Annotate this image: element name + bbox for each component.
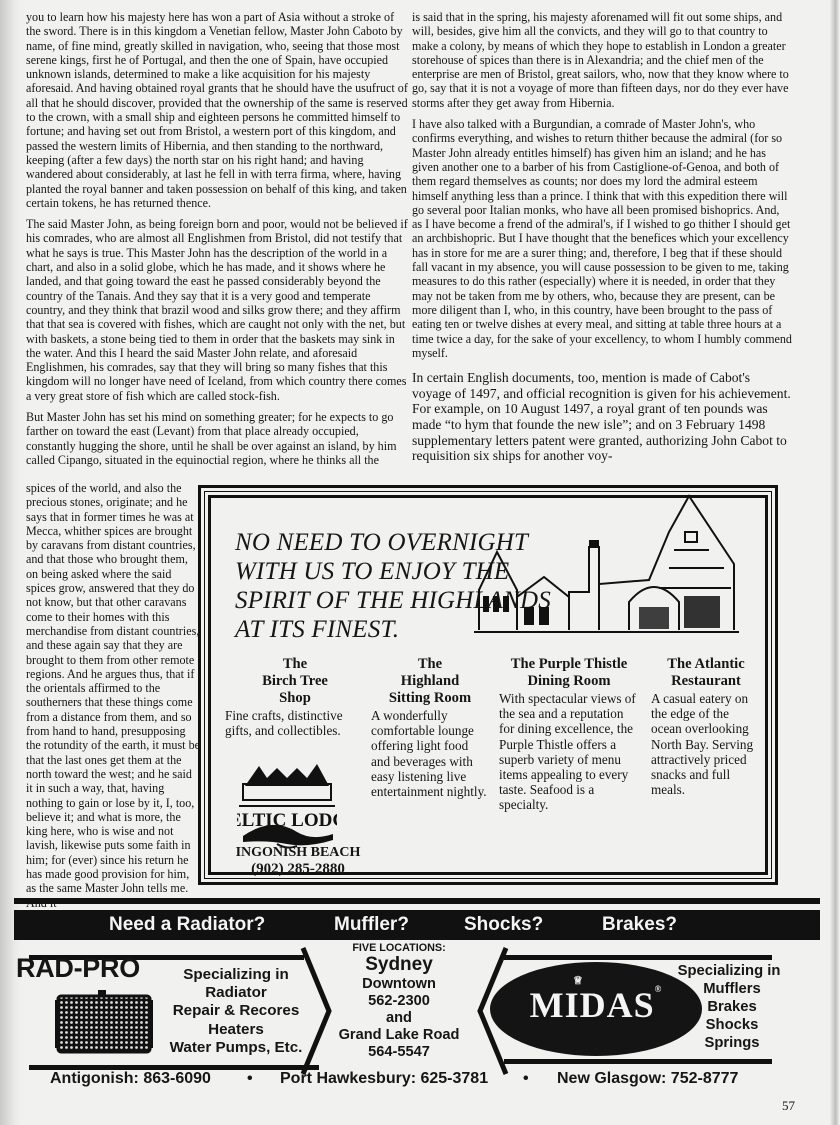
bullet-separator: •	[247, 1069, 253, 1089]
banner-text: Muffler?	[334, 910, 409, 940]
venue-birch-tree-shop: The Birch Tree Shop Fine crafts, distinc…	[225, 656, 365, 738]
venue-title: The Highland Sitting Room	[371, 656, 489, 707]
article-right-column: is said that in the spring, his majesty …	[412, 10, 792, 471]
article-paragraph: spices of the world, and also the precio…	[26, 481, 200, 910]
lodge-phone: (902) 285-2880	[223, 861, 373, 878]
service-line: Specializing in	[156, 966, 316, 984]
venue-title-line: Highland	[371, 673, 489, 690]
venue-title: The Birch Tree Shop	[225, 656, 365, 707]
sydney-locations: FIVE LOCATIONS: Sydney Downtown 562-2300…	[319, 942, 479, 1061]
divider	[504, 1059, 772, 1064]
article-left-column: you to learn how his majesty here has wo…	[26, 10, 411, 467]
venue-description: A wonderfully comfortable lounge offerin…	[371, 708, 489, 799]
lodge-contact: INGONISH BEACH (902) 285-2880	[223, 844, 373, 878]
divider	[504, 955, 772, 960]
ad-banner: Need a Radiator? Muffler? Shocks? Brakes…	[14, 910, 820, 940]
auto-repair-advertisement: Need a Radiator? Muffler? Shocks? Brakes…	[14, 898, 820, 1093]
venue-title: The Purple Thistle Dining Room	[499, 656, 639, 690]
registered-mark: ®	[655, 984, 663, 994]
banner-text: Brakes?	[602, 910, 677, 940]
keltic-lodge-advertisement: NO NEED TO OVERNIGHT WITH US TO ENJOY TH…	[198, 485, 778, 885]
venue-title-line: Dining Room	[499, 673, 639, 690]
location-line: Downtown	[319, 976, 479, 993]
midas-wordmark: MIDAS®	[490, 984, 702, 1026]
venue-title-line: The	[371, 656, 489, 673]
banner-text: Need a Radiator?	[109, 910, 265, 940]
article-paragraph: The said Master John, as being foreign b…	[26, 217, 411, 403]
location-antigonish: Antigonish: 863-6090	[50, 1069, 211, 1089]
venue-title: The Atlantic Restaurant	[651, 656, 761, 690]
venue-atlantic-restaurant: The Atlantic Restaurant A casual eatery …	[651, 656, 761, 797]
location-port-hawkesbury: Port Hawkesbury: 625-3781	[280, 1069, 488, 1089]
location-line: Grand Lake Road	[319, 1027, 479, 1044]
lodge-location: INGONISH BEACH	[223, 844, 373, 861]
service-line: Brakes	[674, 998, 790, 1016]
venue-title-line: Restaurant	[651, 673, 761, 690]
service-line: Springs	[674, 1034, 790, 1052]
venue-highland-sitting-room: The Highland Sitting Room A wonderfully …	[371, 656, 489, 799]
location-line: 564-5547	[319, 1044, 479, 1061]
locations-header: FIVE LOCATIONS:	[319, 942, 479, 954]
locations-city: Sydney	[319, 954, 479, 976]
service-line: Radiator	[156, 984, 316, 1002]
service-line: Mufflers	[674, 980, 790, 998]
venue-title-line: Birch Tree	[225, 673, 365, 690]
venue-title-line: Shop	[225, 690, 365, 707]
banner-text: Shocks?	[464, 910, 543, 940]
midas-services: Specializing in Mufflers Brakes Shocks S…	[674, 962, 790, 1052]
radiator-icon	[54, 990, 154, 1058]
bullet-separator: •	[523, 1069, 529, 1089]
article-paragraph: I have also talked with a Burgundian, a …	[412, 117, 792, 360]
article-left-narrow-column: spices of the world, and also the precio…	[26, 481, 200, 917]
article-paragraph: you to learn how his majesty here has wo…	[26, 10, 411, 210]
midas-name: MIDAS	[530, 985, 655, 1025]
service-line: Water Pumps, Etc.	[156, 1039, 316, 1057]
radpro-services: Specializing in Radiator Repair & Recore…	[156, 966, 316, 1057]
location-line: 562-2300	[319, 993, 479, 1010]
service-line: Heaters	[156, 1021, 316, 1039]
page-number: 57	[782, 1098, 795, 1114]
article-lead-paragraph: In certain English documents, too, menti…	[412, 370, 792, 464]
venue-title-line: The Atlantic	[651, 656, 761, 673]
venue-description: A casual eatery on the edge of the ocean…	[651, 691, 761, 797]
venue-title-line: The Purple Thistle	[499, 656, 639, 673]
service-line: Specializing in	[668, 962, 790, 980]
service-line: Shocks	[674, 1016, 790, 1034]
page-edge-shadow-right	[830, 0, 840, 1125]
location-new-glasgow: New Glasgow: 752-8777	[557, 1069, 738, 1089]
keltic-lodge-logo-icon: KELTIC LODGE	[237, 756, 337, 851]
article-paragraph: But Master John has set his mind on some…	[26, 410, 411, 467]
venue-purple-thistle-dining-room: The Purple Thistle Dining Room With spec…	[499, 656, 639, 813]
radpro-logo: RAD-PRO	[16, 953, 140, 984]
lodge-building-illustration-icon	[469, 492, 759, 642]
venue-title-line: The	[225, 656, 365, 673]
venue-title-line: Sitting Room	[371, 690, 489, 707]
article-paragraph: is said that in the spring, his majesty …	[412, 10, 792, 110]
venue-description: Fine crafts, distinctive gifts, and coll…	[225, 708, 365, 738]
venue-description: With spectacular views of the sea and a …	[499, 691, 639, 813]
divider	[14, 898, 820, 904]
service-line: Repair & Recores	[156, 1002, 316, 1020]
location-line: and	[319, 1010, 479, 1027]
